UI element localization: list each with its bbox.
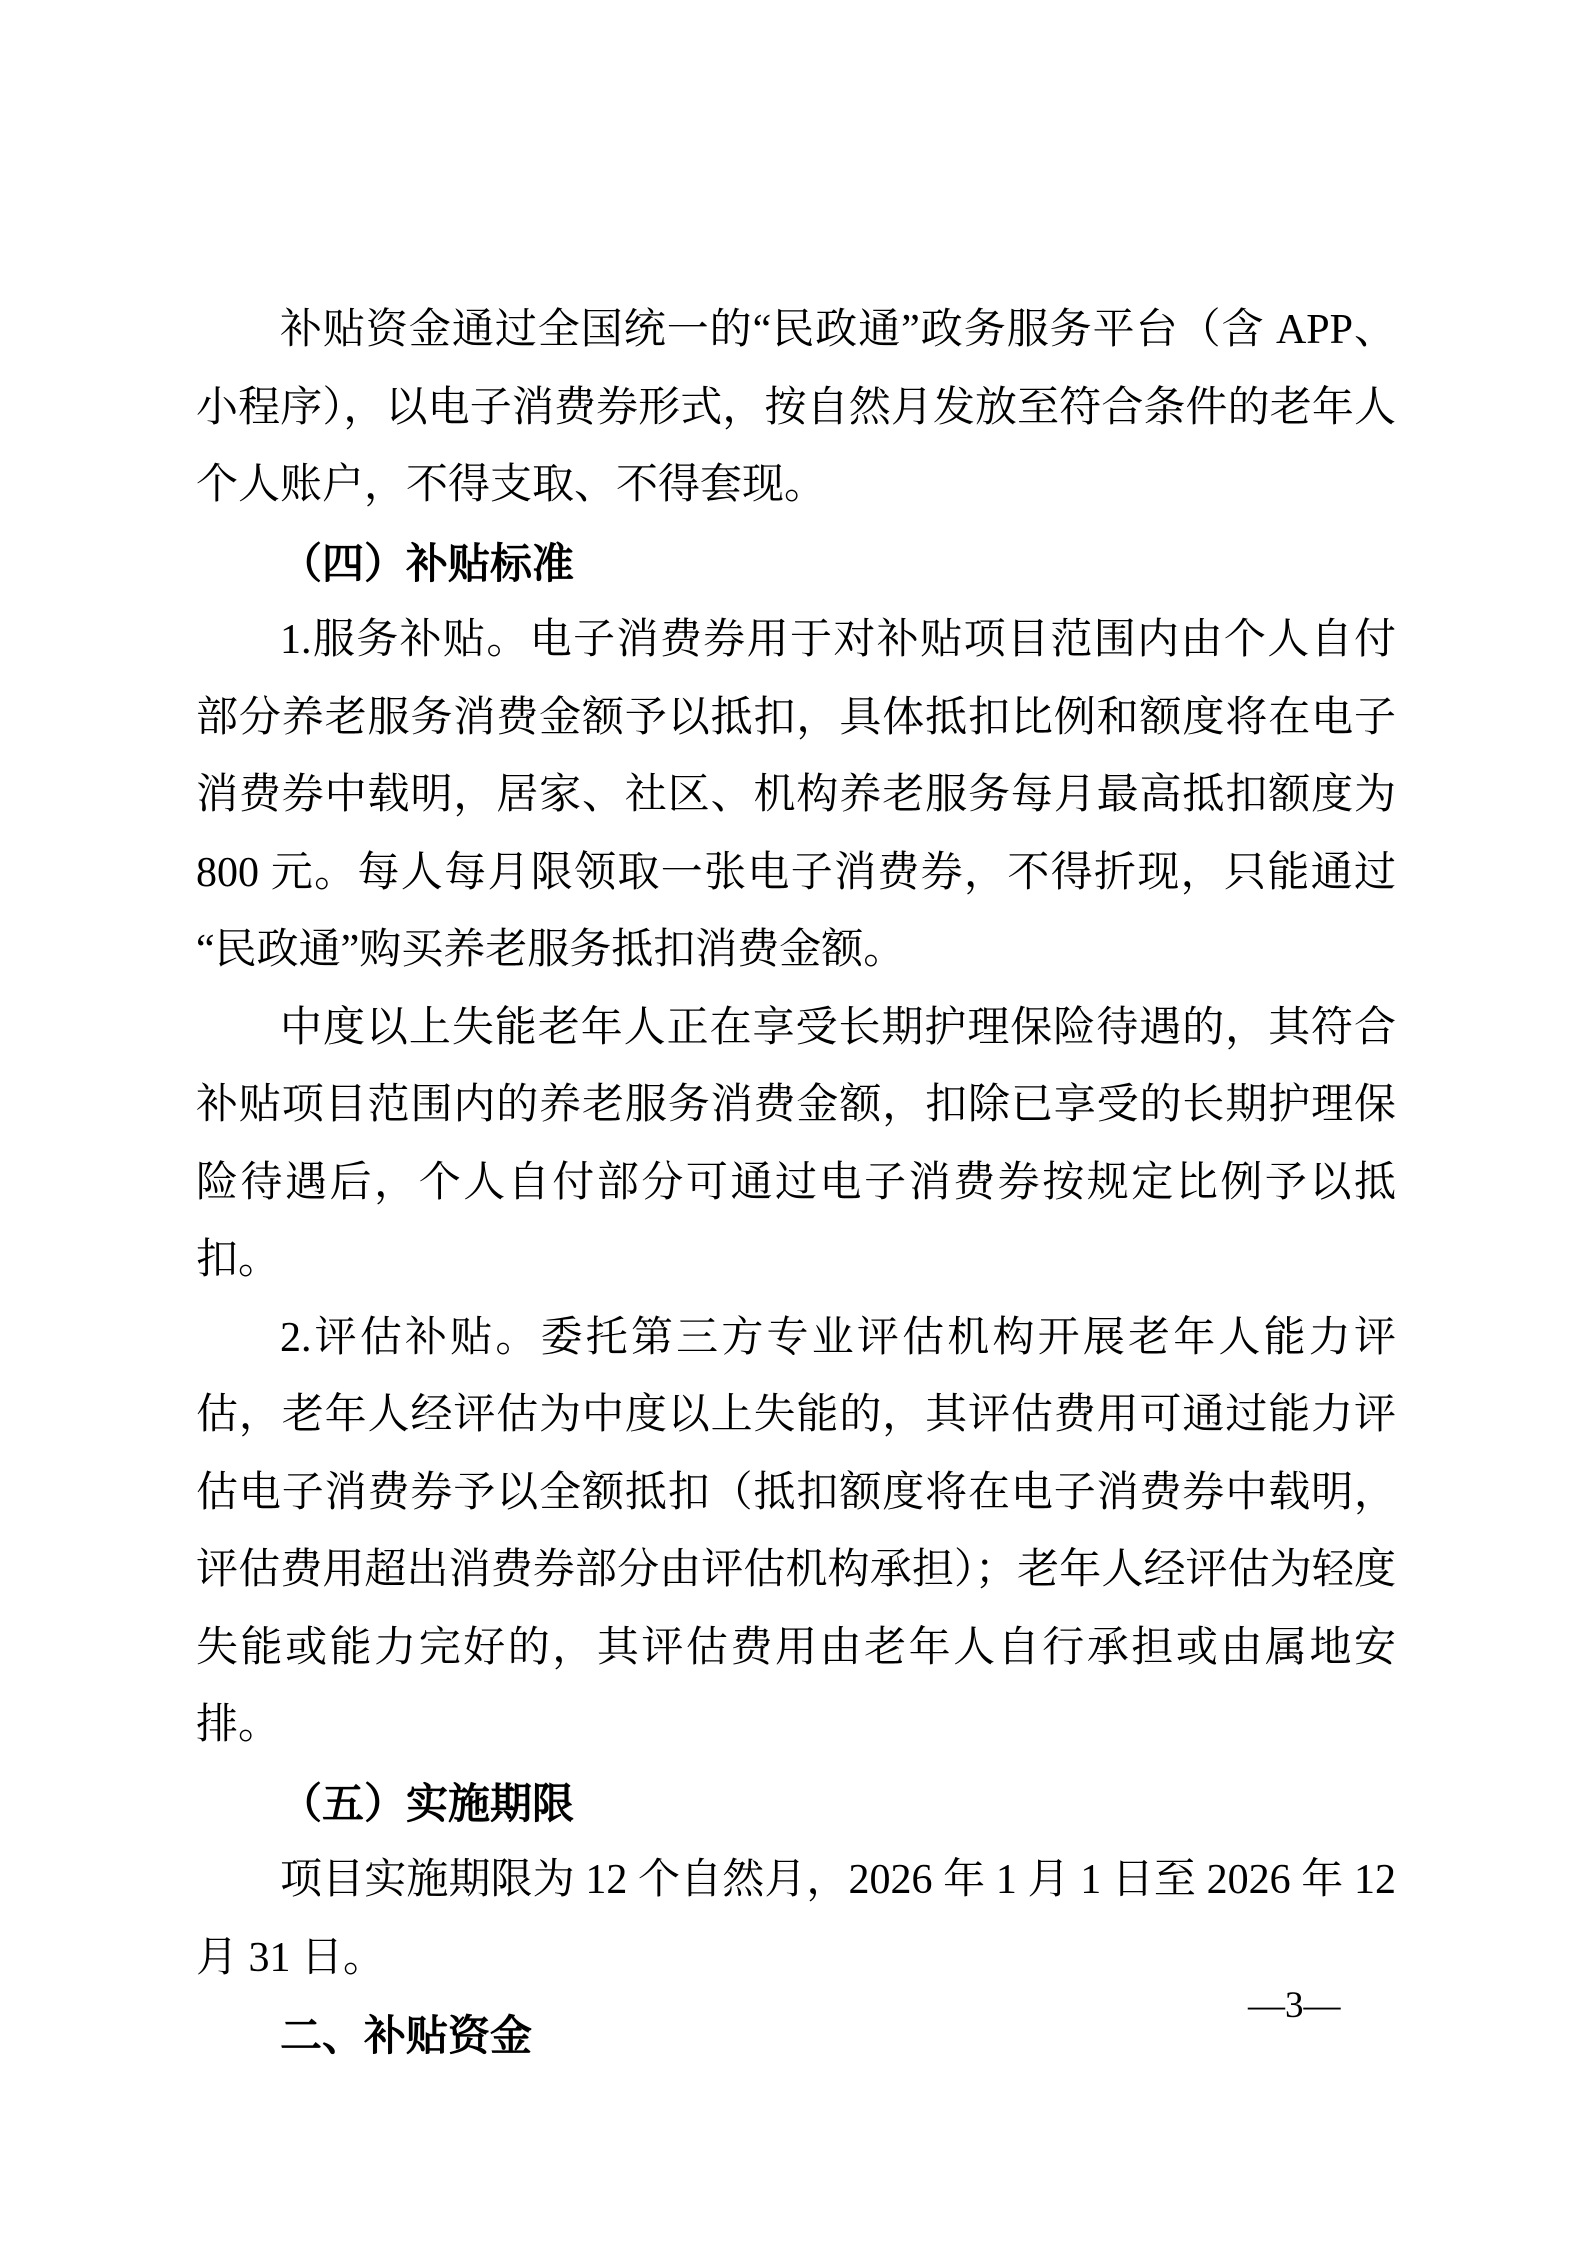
section-heading-subsidy-funds: 二、补贴资金 [196,1997,1396,2075]
paragraph-service-subsidy: 1.服务补贴。电子消费券用于对补贴项目范围内由个人自付部分养老服务消费金额予以抵… [196,602,1396,990]
document-page: 补贴资金通过全国统一的“民政通”政务服务平台（含 APP、小程序），以电子消费券… [0,0,1588,2245]
section-heading-subsidy-standard: （四）补贴标准 [196,525,1396,603]
paragraph-assessment-subsidy: 2.评估补贴。委托第三方专业评估机构开展老年人能力评估，老年人经评估为中度以上失… [196,1300,1396,1765]
paragraph-subsidy-distribution: 补贴资金通过全国统一的“民政通”政务服务平台（含 APP、小程序），以电子消费券… [196,292,1396,525]
document-text-block: 补贴资金通过全国统一的“民政通”政务服务平台（含 APP、小程序），以电子消费券… [196,292,1396,2075]
page-number: —3— [1248,1984,1341,2028]
section-heading-implementation-period: （五）实施期限 [196,1765,1396,1843]
paragraph-implementation-period: 项目实施期限为 12 个自然月，2026 年 1 月 1 日至 2026 年 1… [196,1842,1396,1997]
paragraph-long-term-care-insurance: 中度以上失能老年人正在享受长期护理保险待遇的，其符合补贴项目范围内的养老服务消费… [196,990,1396,1300]
